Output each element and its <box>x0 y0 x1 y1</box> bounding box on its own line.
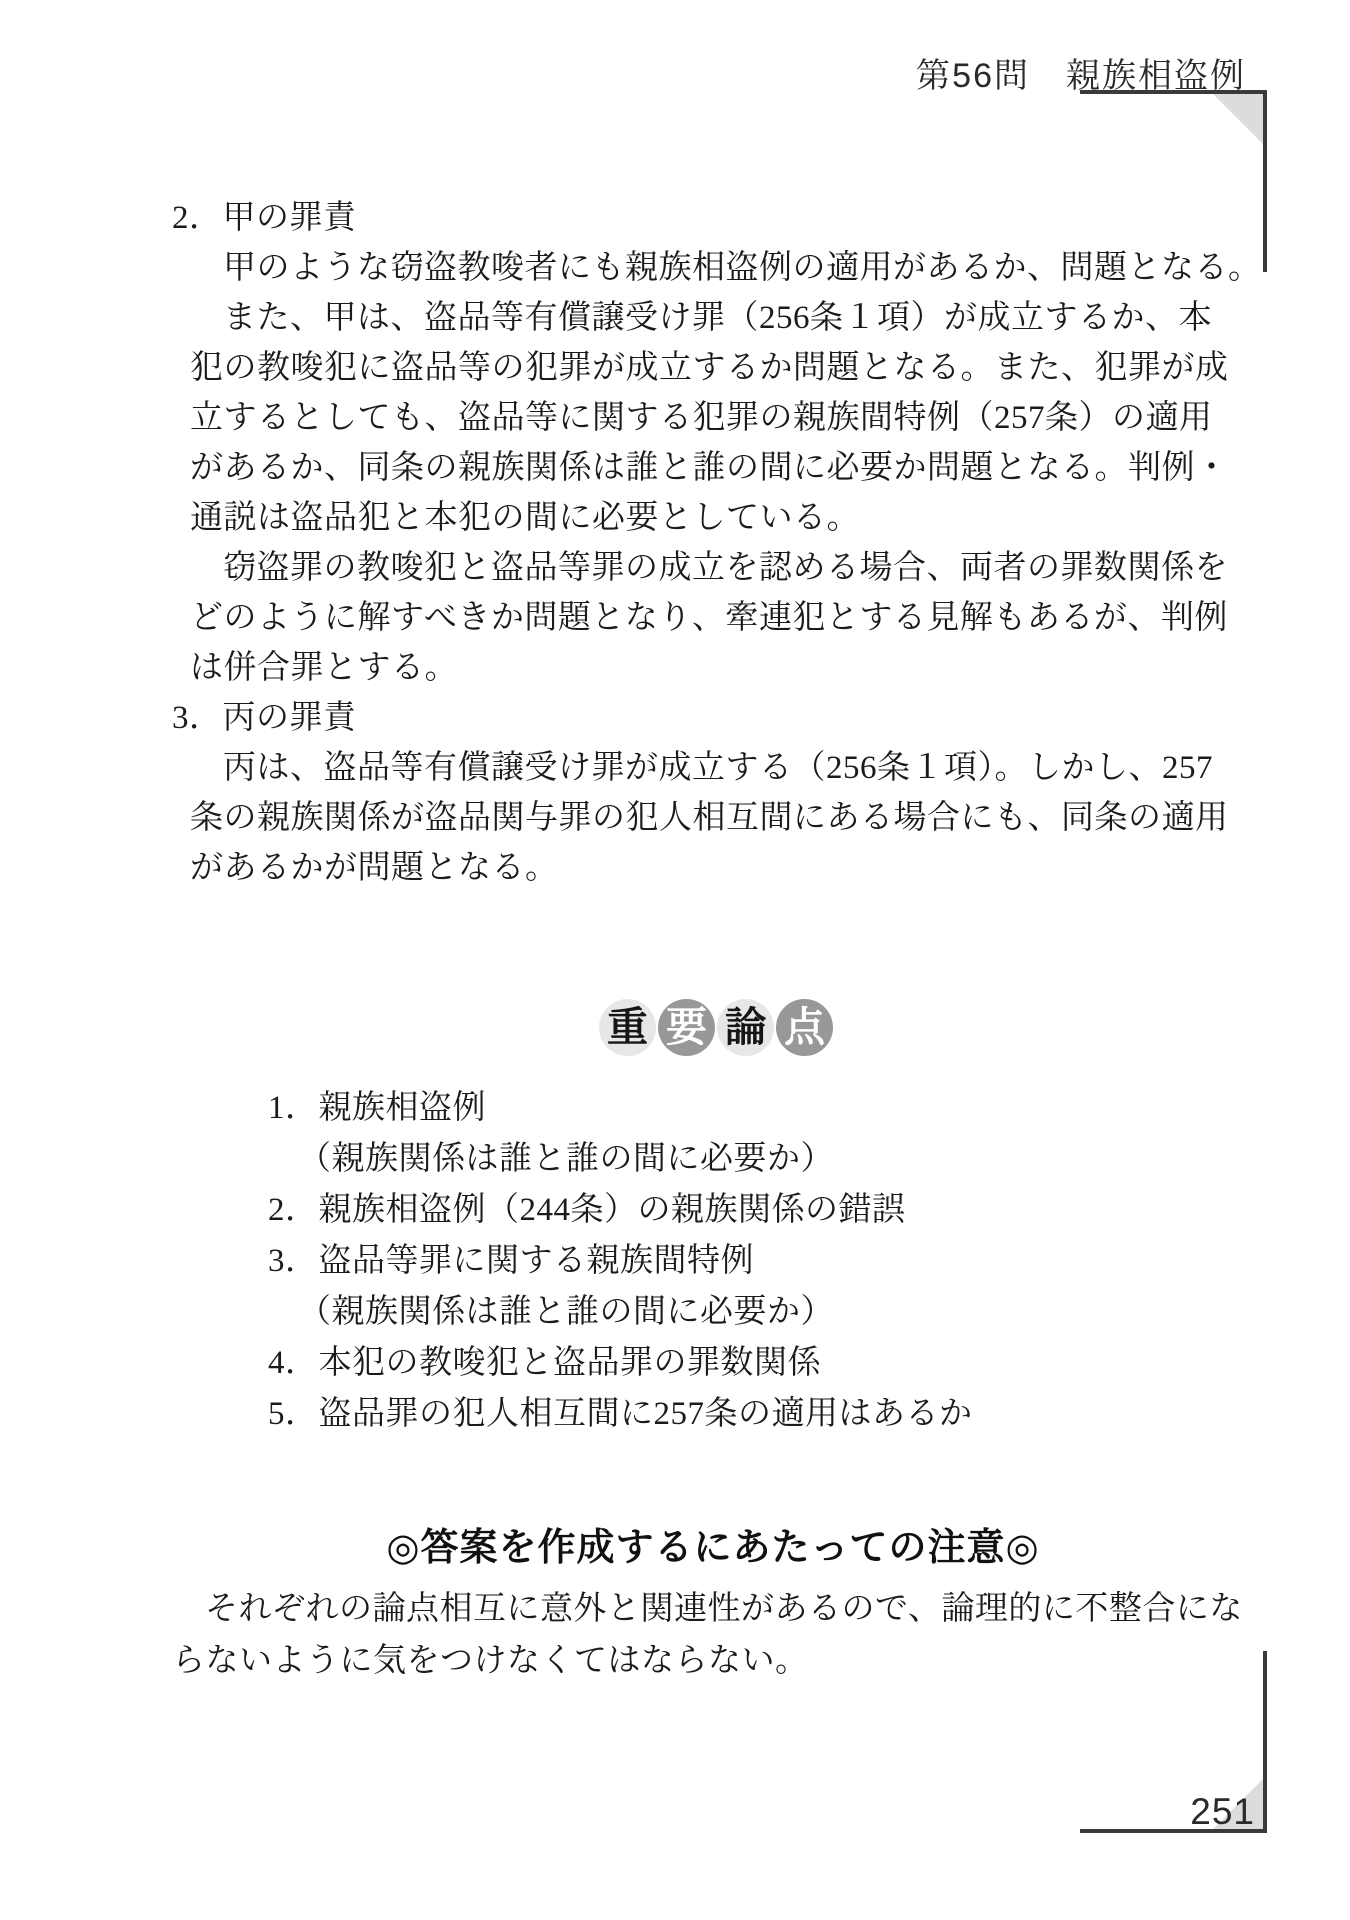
list-item: 4．本犯の教唆犯と盗品罪の罪数関係 <box>268 1338 1168 1389</box>
badge-circle: 点 <box>776 999 833 1056</box>
top-vertical-rule <box>1263 90 1267 272</box>
list-item: 5．盗品罪の犯人相互間に257条の適用はあるか <box>268 1389 1168 1440</box>
badge-circle: 要 <box>658 999 715 1056</box>
section-heading: 3．丙の罪責 <box>172 693 1254 743</box>
bottom-vertical-rule <box>1263 1651 1267 1833</box>
text-line: 甲のような窃盗教唆者にも親族相盗例の適用があるか、問題となる。 <box>172 243 1254 293</box>
text-line: らないように気をつけなくてはならない。 <box>172 1635 1254 1687</box>
notice-text-block: それぞれの論点相互に意外と関連性があるので、論理的に不整合にな らないように気を… <box>172 1583 1254 1687</box>
section-heading: 2．甲の罪責 <box>172 193 1254 243</box>
text-line: 立するとしても、盗品等に関する犯罪の親族間特例（257条）の適用 <box>172 393 1254 443</box>
key-points-badge: 重 要 論 点 <box>599 999 833 1056</box>
text-line: があるかが問題となる。 <box>172 843 1254 893</box>
text-line: 通説は盗品犯と本犯の間に必要としている。 <box>172 493 1254 543</box>
text-line: 条の親族関係が盗品関与罪の犯人相互間にある場合にも、同条の適用 <box>172 793 1254 843</box>
text-line: があるか、同条の親族関係は誰と誰の間に必要か問題となる。判例・ <box>172 443 1254 493</box>
key-points-list: 1．親族相盗例 （親族関係は誰と誰の間に必要か） 2．親族相盗例（244条）の親… <box>268 1083 1168 1440</box>
corner-triangle-top-icon <box>1213 94 1263 144</box>
text-line: 丙は、盗品等有償譲受け罪が成立する（256条１項）。しかし、257 <box>172 743 1254 793</box>
notice-heading: ◎答案を作成するにあたっての注意◎ <box>172 1516 1254 1571</box>
list-item: 1．親族相盗例 <box>268 1083 1168 1134</box>
list-item: 2．親族相盗例（244条）の親族関係の錯誤 <box>268 1185 1168 1236</box>
list-item: 3．盗品等罪に関する親族間特例 <box>268 1236 1168 1287</box>
badge-circle: 重 <box>599 999 656 1056</box>
text-line: また、甲は、盗品等有償譲受け罪（256条１項）が成立するか、本 <box>172 293 1254 343</box>
badge-circle: 論 <box>717 999 774 1056</box>
list-item-note: （親族関係は誰と誰の間に必要か） <box>268 1287 1168 1338</box>
text-line: は併合罪とする。 <box>172 643 1254 693</box>
page-number: 251 <box>1190 1791 1255 1833</box>
text-line: どのように解すべきか問題となり、牽連犯とする見解もあるが、判例 <box>172 593 1254 643</box>
text-line: 窃盗罪の教唆犯と盗品等罪の成立を認める場合、両者の罪数関係を <box>172 543 1254 593</box>
text-line: 犯の教唆犯に盗品等の犯罪が成立するか問題となる。また、犯罪が成 <box>172 343 1254 393</box>
text-line: それぞれの論点相互に意外と関連性があるので、論理的に不整合にな <box>172 1583 1254 1635</box>
book-page: 第56問 親族相盗例 2．甲の罪責 甲のような窃盗教唆者にも親族相盗例の適用があ… <box>0 0 1350 1920</box>
list-item-note: （親族関係は誰と誰の間に必要か） <box>268 1134 1168 1185</box>
main-text-block: 2．甲の罪責 甲のような窃盗教唆者にも親族相盗例の適用があるか、問題となる。 ま… <box>172 193 1254 893</box>
